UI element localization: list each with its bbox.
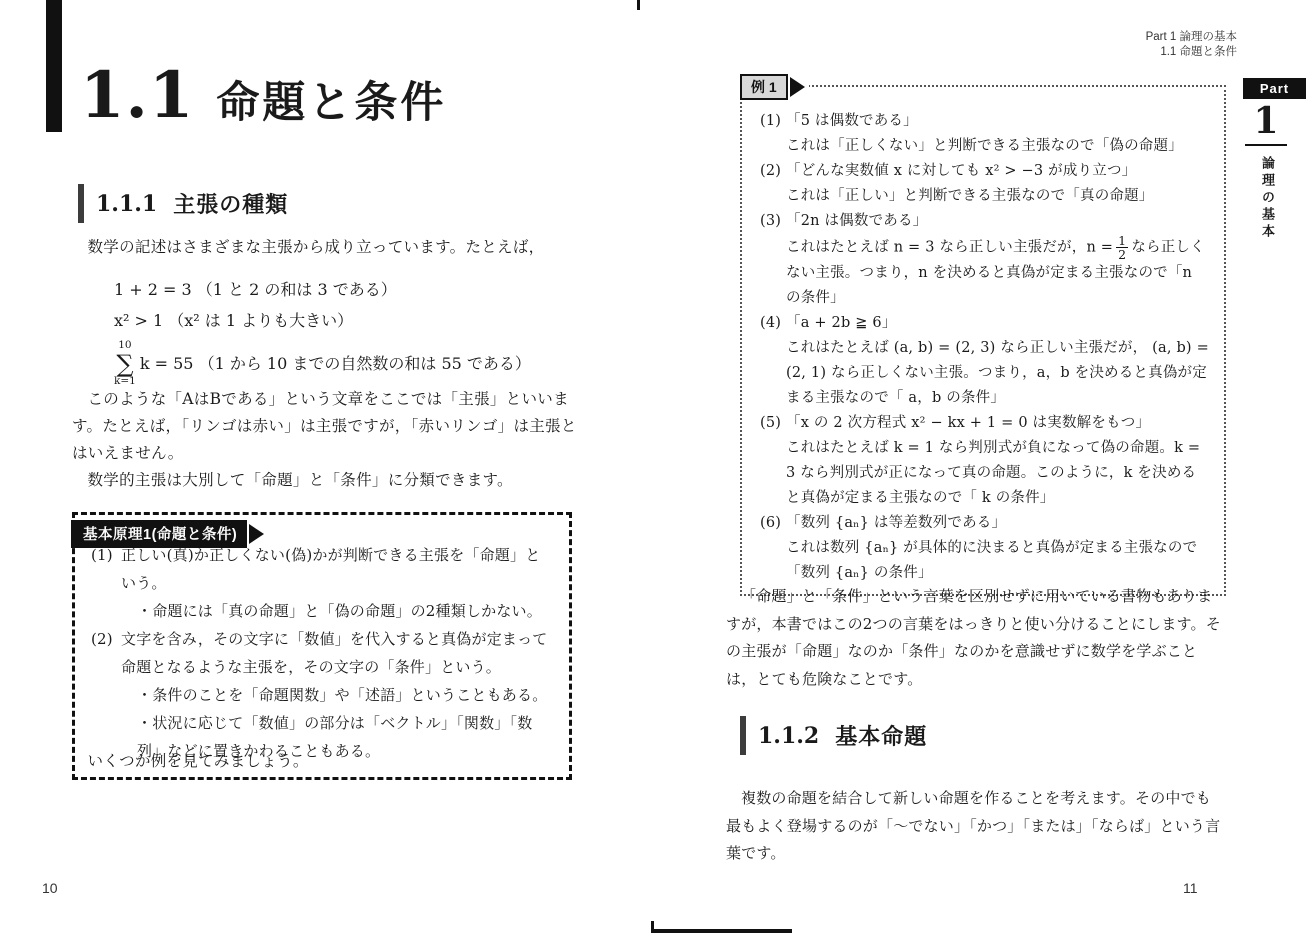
item-body: これはたとえば k = 1 なら判別式が負になって偽の命題。k = 3 なら判別… <box>760 436 1210 511</box>
section-title: 1.1 命題と条件 <box>80 64 446 128</box>
body-paragraphs: このような「AはBである」という文章をここでは「主張」といいます。たとえば，「リ… <box>72 386 580 494</box>
part-tab-label: Part <box>1243 78 1306 99</box>
principle-item-2-bullet-1: ・条件のことを「命題関数」や「述語」ということもある。 <box>91 681 553 709</box>
fraction: 12 <box>1116 234 1128 261</box>
item-number: (4) <box>760 311 786 336</box>
book-spread: { "left": { "page_number": "10", "title"… <box>0 0 1306 933</box>
item-title: 「a + 2b ≧ 6」 <box>786 311 897 336</box>
item-number: (1) <box>91 541 121 597</box>
part-tab-title: 論理の基本 <box>1258 156 1277 241</box>
closing-text: いくつか例を見てみましょう。 <box>72 752 309 770</box>
arrow-right-icon <box>249 524 264 544</box>
section-title-text: 命題と条件 <box>216 82 446 125</box>
item-title: 「5 は偶数である」 <box>786 109 918 134</box>
example-item-6: (6) 「数列 {aₙ} は等差数列である」 これは数列 {aₙ} が具体的に決… <box>760 511 1210 586</box>
item-title: 「x の 2 次方程式 x² − kx + 1 = 0 は実数解をもつ」 <box>786 411 1150 436</box>
example-item-3: (3) 「2n は偶数である」 これはたとえば n = 3 なら正しい主張だが，… <box>760 209 1210 311</box>
math-line-1: 1 + 2 = 3 （1 と 2 の和は 3 である） <box>114 274 531 305</box>
summation-symbol: 10 ∑ k=1 <box>114 340 136 387</box>
item-number: (1) <box>760 109 786 134</box>
paragraph-basic-propositions: 複数の命題を結合して新しい命題を作ることを考えます。その中でも最もよく登場するの… <box>726 785 1226 868</box>
intro-paragraph: 数学の記述はさまざまな主張から成り立っています。たとえば， <box>72 234 582 261</box>
subsection-heading-111: 1.1.1 主張の種類 <box>78 184 288 223</box>
principle-box-label: 基本原理1(命題と条件) <box>71 520 264 548</box>
subsection-heading-112: 1.1.2 基本命題 <box>740 716 927 755</box>
math-line-2: x² > 1 （x² は 1 よりも大きい） <box>114 305 531 336</box>
section-title-number: 1.1 <box>80 64 194 128</box>
running-head-part: Part 1 論理の基本 <box>1146 30 1237 45</box>
item-number: (5) <box>760 411 786 436</box>
right-page: Part 1 論理の基本 1.1 命題と条件 Part 1 論理の基本 例 1 … <box>653 0 1306 933</box>
item-title: 「数列 {aₙ} は等差数列である」 <box>786 511 1006 536</box>
principle-item-2: (2) 文字を含み，その文字に「数値」を代入すると真偽が定まって命題となるような… <box>91 625 553 681</box>
paragraph-terminology: 「命題」と「条件」という言葉を区別せずに用いている書物もありますが，本書ではこの… <box>726 583 1224 693</box>
item-body: これはたとえば n = 3 なら正しい主張だが，n =12なら正しくない主張。つ… <box>760 234 1210 311</box>
intro-text: 数学の記述はさまざまな主張から成り立っています。たとえば， <box>72 238 544 256</box>
running-head: Part 1 論理の基本 1.1 命題と条件 <box>1146 30 1237 60</box>
item-body: これはたとえば (a, b) = (2, 3) なら正しい主張だが， (a, b… <box>760 336 1210 411</box>
math-line-3: 10 ∑ k=1 k = 55 （1 から 10 までの自然数の和は 55 であ… <box>114 340 531 387</box>
paragraph-classification: 数学的主張は大別して「命題」と「条件」に分類できます。 <box>72 467 580 494</box>
left-page: 1.1 命題と条件 1.1.1 主張の種類 数学の記述はさまざまな主張から成り立… <box>0 0 653 933</box>
item-title: 「2n は偶数である」 <box>786 209 927 234</box>
math-examples: 1 + 2 = 3 （1 と 2 の和は 3 である） x² > 1 （x² は… <box>114 274 531 387</box>
principle-box: 基本原理1(命題と条件) (1) 正しい(真)か正しくない(偽)かが判断できる主… <box>72 512 572 780</box>
item-body: これは「正しくない」と判断できる主張なので「偽の命題」 <box>760 134 1210 159</box>
item-body-pre: これはたとえば n = 3 なら正しい主張だが，n = <box>786 240 1113 256</box>
example-item-1: (1) 「5 は偶数である」 これは「正しくない」と判断できる主張なので「偽の命… <box>760 109 1210 159</box>
example-item-4: (4) 「a + 2b ≧ 6」 これはたとえば (a, b) = (2, 3)… <box>760 311 1210 411</box>
fraction-numerator: 1 <box>1118 234 1126 247</box>
example-box: 例 1 (1) 「5 は偶数である」 これは「正しくない」と判断できる主張なので… <box>740 85 1226 596</box>
item-text: 文字を含み，その文字に「数値」を代入すると真偽が定まって命題となるような主張を，… <box>121 625 553 681</box>
arrow-right-icon <box>790 77 805 97</box>
page-number-right: 11 <box>1183 880 1198 896</box>
summation-equation: k = 55 （1 から 10 までの自然数の和は 55 である） <box>140 348 531 379</box>
principle-box-label-text: 基本原理1(命題と条件) <box>71 520 247 548</box>
running-head-section: 1.1 命題と条件 <box>1146 45 1237 60</box>
example-box-label-text: 例 1 <box>740 74 788 100</box>
item-text: 正しい(真)か正しくない(偽)かが判断できる主張を「命題」という。 <box>121 541 553 597</box>
principle-item-1-bullet-1: ・命題には「真の命題」と「偽の命題」の2種類しかない。 <box>91 597 553 625</box>
item-body: これは「正しい」と判断できる主張なので「真の命題」 <box>760 184 1210 209</box>
item-number: (6) <box>760 511 786 536</box>
closing-line: いくつか例を見てみましょう。 <box>72 748 572 775</box>
subsection-number: 1.1.1 <box>96 191 157 217</box>
example-item-2: (2) 「どんな実数値 x に対しても x² > −3 が成り立つ」 これは「正… <box>760 159 1210 209</box>
example-item-5: (5) 「x の 2 次方程式 x² − kx + 1 = 0 は実数解をもつ」… <box>760 411 1210 511</box>
subsection-title: 基本命題 <box>835 720 927 751</box>
principle-item-1: (1) 正しい(真)か正しくない(偽)かが判断できる主張を「命題」という。 <box>91 541 553 597</box>
item-number: (2) <box>91 625 121 681</box>
item-title: 「どんな実数値 x に対しても x² > −3 が成り立つ」 <box>786 159 1136 184</box>
paragraph-shucho: このような「AはBである」という文章をここでは「主張」といいます。たとえば，「リ… <box>72 386 580 467</box>
item-number: (3) <box>760 209 786 234</box>
part-tab-number: 1 <box>1245 101 1287 146</box>
fraction-denominator: 2 <box>1116 247 1128 261</box>
item-number: (2) <box>760 159 786 184</box>
subsection-number: 1.1.2 <box>758 723 819 749</box>
subsection-title: 主張の種類 <box>173 188 288 219</box>
sigma-icon: ∑ <box>116 352 133 376</box>
page-number-left: 10 <box>42 880 58 896</box>
example-box-label: 例 1 <box>740 74 809 100</box>
part-tab: Part 1 論理の基本 <box>1243 78 1306 241</box>
item-body: これは数列 {aₙ} が具体的に決まると真偽が定まる主張なので「数列 {aₙ} … <box>760 536 1210 586</box>
